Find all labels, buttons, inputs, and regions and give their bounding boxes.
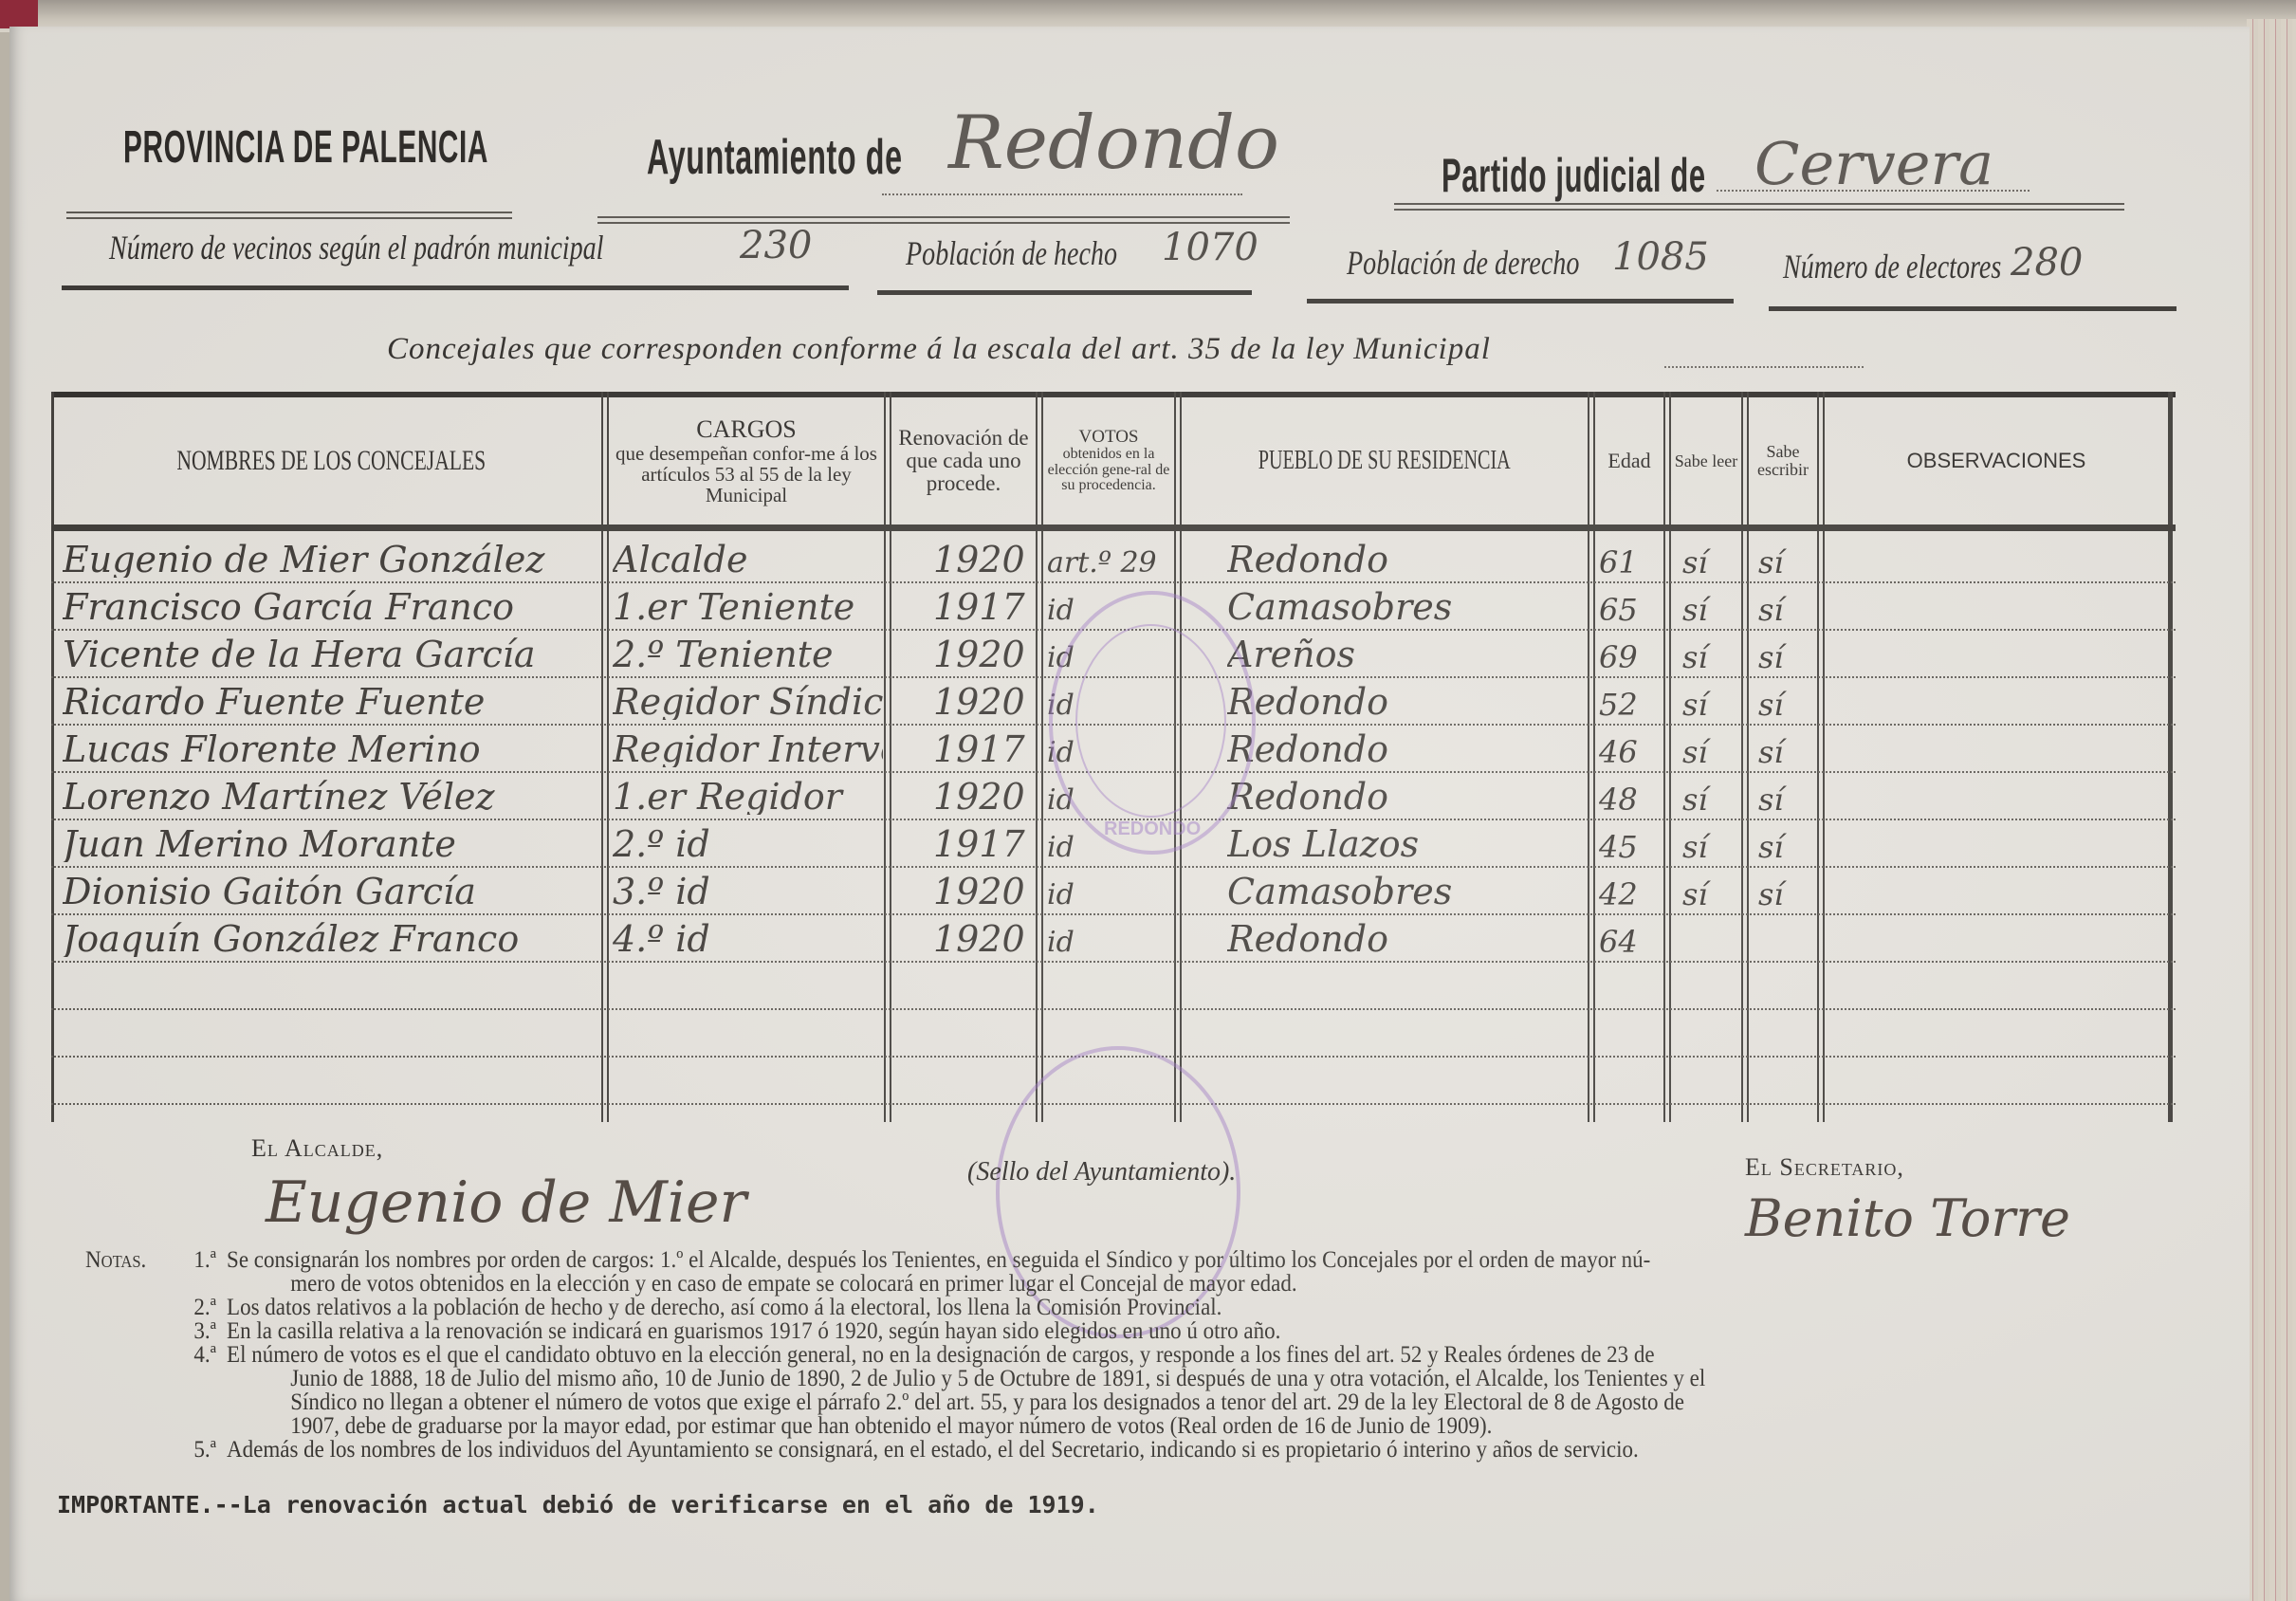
note-line: 1907, debe de graduarse por la mayor eda… [85, 1414, 2005, 1438]
ayuntamiento-dotted-line [882, 193, 1242, 195]
cell-nombre: Lucas Florente Merino [63, 731, 594, 767]
secretario-signature: Benito Torre [1745, 1188, 2070, 1248]
header-sabe-escribir: Sabe escribir [1749, 399, 1817, 523]
partido-underline [1394, 203, 2124, 211]
table-row: Dionisio Gaitón García3.º id1920idCamaso… [51, 866, 2176, 915]
concejales-subtitle: Concejales que corresponden conforme á l… [387, 332, 1491, 367]
cell-leer: sí [1682, 595, 1739, 625]
table-row: Eugenio de Mier GonzálezAlcalde1920art.º… [51, 534, 2176, 583]
ayuntamiento-underline [597, 216, 1290, 224]
cell-pueblo: Camasobres [1227, 874, 1578, 910]
notes-title [85, 1319, 164, 1343]
cell-pueblo: Redondo [1227, 731, 1578, 767]
header-votos-sub: obtenidos en la elección gene-ral de su … [1043, 447, 1174, 494]
header-sabe-escribir-text: Sabe escribir [1749, 443, 1817, 479]
cell-renovacion: 1917 [933, 826, 1028, 862]
cell-pueblo: Camasobres [1227, 589, 1578, 625]
book-cover-corner [0, 0, 38, 28]
note-text: Además de los nombres de los individuos … [227, 1438, 1639, 1462]
cell-escribir: sí [1758, 784, 1815, 815]
cell-escribir: sí [1758, 547, 1815, 578]
subtitle-dotted-line [1664, 366, 1864, 368]
cell-cargo: Alcalde [613, 542, 883, 578]
cell-renovacion: 1920 [933, 684, 1028, 720]
cell-votos: id [1047, 929, 1170, 957]
cell-pueblo: Redondo [1227, 542, 1578, 578]
electores-label: Número de electores [1783, 247, 2001, 286]
cell-edad: 46 [1599, 737, 1662, 767]
cell-renovacion: 1920 [933, 636, 1028, 672]
notes-title [85, 1343, 164, 1367]
note-number: 3.ª [164, 1319, 227, 1343]
cell-votos: id [1047, 881, 1170, 910]
cell-renovacion: 1917 [933, 589, 1028, 625]
notes-section: Notas.1.ªSe consignarán los nombres por … [85, 1248, 2005, 1462]
note-text: En la casilla relativa a la renovación s… [227, 1319, 1280, 1343]
cell-escribir: sí [1758, 690, 1815, 720]
note-text: Los datos relativos a la población de he… [227, 1296, 1221, 1319]
note-line: Notas.1.ªSe consignarán los nombres por … [85, 1248, 2005, 1272]
ayuntamiento-label: Ayuntamiento de [647, 129, 903, 186]
cell-edad: 65 [1599, 595, 1662, 625]
table-row: Joaquín González Franco4.º id1920idRedon… [51, 913, 2176, 963]
header-cargos: CARGOS que desempeñan confor-me á los ar… [609, 399, 884, 523]
vecinos-label: Número de vecinos según el padrón munici… [109, 228, 603, 267]
cell-nombre: Dionisio Gaitón García [63, 874, 594, 910]
header-observaciones: OBSERVACIONES [1825, 399, 2168, 523]
secretario-label: El Secretario, [1745, 1153, 1904, 1182]
header-nombres: NOMBRES DE LOS CONCEJALES [61, 399, 601, 523]
note-number: 1.ª [164, 1248, 227, 1272]
cell-leer: sí [1682, 879, 1739, 910]
header-pueblo: PUEBLO DE SU RESIDENCIA [1182, 399, 1588, 523]
notes-title: Notas. [85, 1248, 164, 1272]
poblacion-hecho-rule [877, 290, 1252, 295]
note-text: El número de votos es el que el candidat… [227, 1343, 1655, 1367]
stamp-text: REDONDO [1104, 819, 1201, 840]
cell-pueblo: Redondo [1227, 779, 1578, 815]
note-line: 2.ªLos datos relativos a la población de… [85, 1296, 2005, 1319]
cell-nombre: Joaquín González Franco [63, 921, 594, 957]
cell-nombre: Ricardo Fuente Fuente [63, 684, 594, 720]
notes-title [85, 1438, 164, 1462]
partido-value: Cervera [1754, 129, 1993, 198]
cell-pueblo: Los Llazos [1227, 826, 1578, 862]
important-notice: IMPORTANTE.--La renovación actual debió … [57, 1491, 1099, 1518]
note-line: Junio de 1888, 18 de Julio del mismo año… [85, 1367, 2005, 1390]
poblacion-hecho-label: Población de hecho [906, 233, 1117, 273]
header-votos-title: VOTOS [1079, 428, 1139, 447]
concejales-table: NOMBRES DE LOS CONCEJALES CARGOS que des… [51, 392, 2176, 1122]
alcalde-signature: Eugenio de Mier [266, 1169, 746, 1236]
header-votos: VOTOS obtenidos en la elección gene-ral … [1043, 399, 1174, 523]
electores-rule [1769, 306, 2177, 311]
cell-edad: 61 [1599, 547, 1662, 578]
partido-label: Partido judicial de [1442, 148, 1706, 203]
header-separator [51, 524, 2176, 531]
cell-nombre: Eugenio de Mier González [63, 542, 594, 578]
cell-edad: 69 [1599, 642, 1662, 672]
note-line: 4.ªEl número de votos es el que el candi… [85, 1343, 2005, 1367]
cell-edad: 45 [1599, 832, 1662, 862]
note-number: 4.ª [164, 1343, 227, 1367]
cell-votos: art.º 29 [1047, 549, 1170, 578]
cell-leer: sí [1682, 737, 1739, 767]
cell-cargo: Regidor Síndico [613, 684, 883, 720]
header-observaciones-text: OBSERVACIONES [1907, 450, 2086, 471]
vecinos-value: 230 [740, 224, 812, 267]
cell-nombre: Juan Merino Morante [63, 826, 594, 862]
cell-renovacion: 1920 [933, 542, 1028, 578]
cell-edad: 52 [1599, 690, 1662, 720]
note-line: 5.ªAdemás de los nombres de los individu… [85, 1438, 2005, 1462]
header-pueblo-text: PUEBLO DE SU RESIDENCIA [1258, 447, 1511, 474]
cell-nombre: Francisco García Franco [63, 589, 594, 625]
header-sabe-leer: Sabe leer [1671, 399, 1741, 523]
header-renovacion: Renovación de que cada uno procede. [891, 399, 1036, 523]
document-page: PROVINCIA DE PALENCIA Ayuntamiento de Re… [9, 27, 2250, 1601]
cell-pueblo: Redondo [1227, 684, 1578, 720]
header-edad: Edad [1595, 399, 1663, 523]
cell-pueblo: Areños [1227, 636, 1578, 672]
cell-escribir: sí [1758, 832, 1815, 862]
ayuntamiento-value: Redondo [948, 101, 1279, 186]
poblacion-derecho-label: Población de derecho [1347, 243, 1579, 283]
header-nombres-text: NOMBRES DE LOS CONCEJALES [176, 446, 486, 476]
municipal-stamp-inner [1075, 624, 1226, 818]
electores-value: 280 [2011, 241, 2083, 285]
cell-pueblo: Redondo [1227, 921, 1578, 957]
poblacion-derecho-value: 1085 [1612, 235, 1709, 279]
cell-renovacion: 1920 [933, 921, 1028, 957]
cell-cargo: 3.º id [613, 874, 883, 910]
provincia-heading: PROVINCIA DE PALENCIA [123, 121, 488, 174]
cell-leer: sí [1682, 690, 1739, 720]
cell-cargo: 1.er Regidor [613, 779, 883, 815]
note-line: mero de votos obtenidos en la elección y… [85, 1272, 2005, 1296]
cell-cargo: Regidor Interventor [613, 731, 883, 767]
sello-label: (Sello del Ayuntamiento). [967, 1157, 1236, 1187]
alcalde-label: El Alcalde, [251, 1134, 383, 1163]
cell-cargo: 2.º id [613, 826, 883, 862]
note-text: Se consignarán los nombres por orden de … [227, 1248, 1650, 1272]
header-sabe-leer-text: Sabe leer [1675, 452, 1737, 470]
cell-nombre: Vicente de la Hera García [63, 636, 594, 672]
cell-nombre: Lorenzo Martínez Vélez [63, 779, 594, 815]
note-line: 3.ªEn la casilla relativa a la renovació… [85, 1319, 2005, 1343]
header-cargos-title: CARGOS [696, 416, 796, 442]
header-cargos-sub: que desempeñan confor-me á los artículos… [609, 443, 884, 506]
cell-renovacion: 1920 [933, 779, 1028, 815]
cell-renovacion: 1917 [933, 731, 1028, 767]
note-number: 2.ª [164, 1296, 227, 1319]
cell-leer: sí [1682, 547, 1739, 578]
cell-edad: 42 [1599, 879, 1662, 910]
notes-title [85, 1296, 164, 1319]
vecinos-rule [62, 285, 849, 290]
cell-edad: 64 [1599, 927, 1662, 957]
cell-escribir: sí [1758, 879, 1815, 910]
book-page-edges [2247, 19, 2296, 1601]
cell-leer: sí [1682, 642, 1739, 672]
table-top-border [51, 392, 2176, 397]
cell-cargo: 2.º Teniente [613, 636, 883, 672]
cell-escribir: sí [1758, 595, 1815, 625]
cell-cargo: 1.er Teniente [613, 589, 883, 625]
note-number: 5.ª [164, 1438, 227, 1462]
note-line: Síndico no llegan a obtener el número de… [85, 1390, 2005, 1414]
partido-dotted-line [1717, 190, 2030, 192]
header-edad-text: Edad [1607, 450, 1650, 471]
cell-leer: sí [1682, 832, 1739, 862]
poblacion-derecho-rule [1307, 299, 1734, 304]
cell-edad: 48 [1599, 784, 1662, 815]
cell-cargo: 4.º id [613, 921, 883, 957]
provincia-underline [66, 212, 512, 219]
cell-renovacion: 1920 [933, 874, 1028, 910]
cell-escribir: sí [1758, 737, 1815, 767]
table-row [51, 961, 2176, 1010]
poblacion-hecho-value: 1070 [1162, 226, 1258, 269]
cell-escribir: sí [1758, 642, 1815, 672]
cell-leer: sí [1682, 784, 1739, 815]
header-renovacion-text: Renovación de que cada uno procede. [891, 427, 1036, 495]
